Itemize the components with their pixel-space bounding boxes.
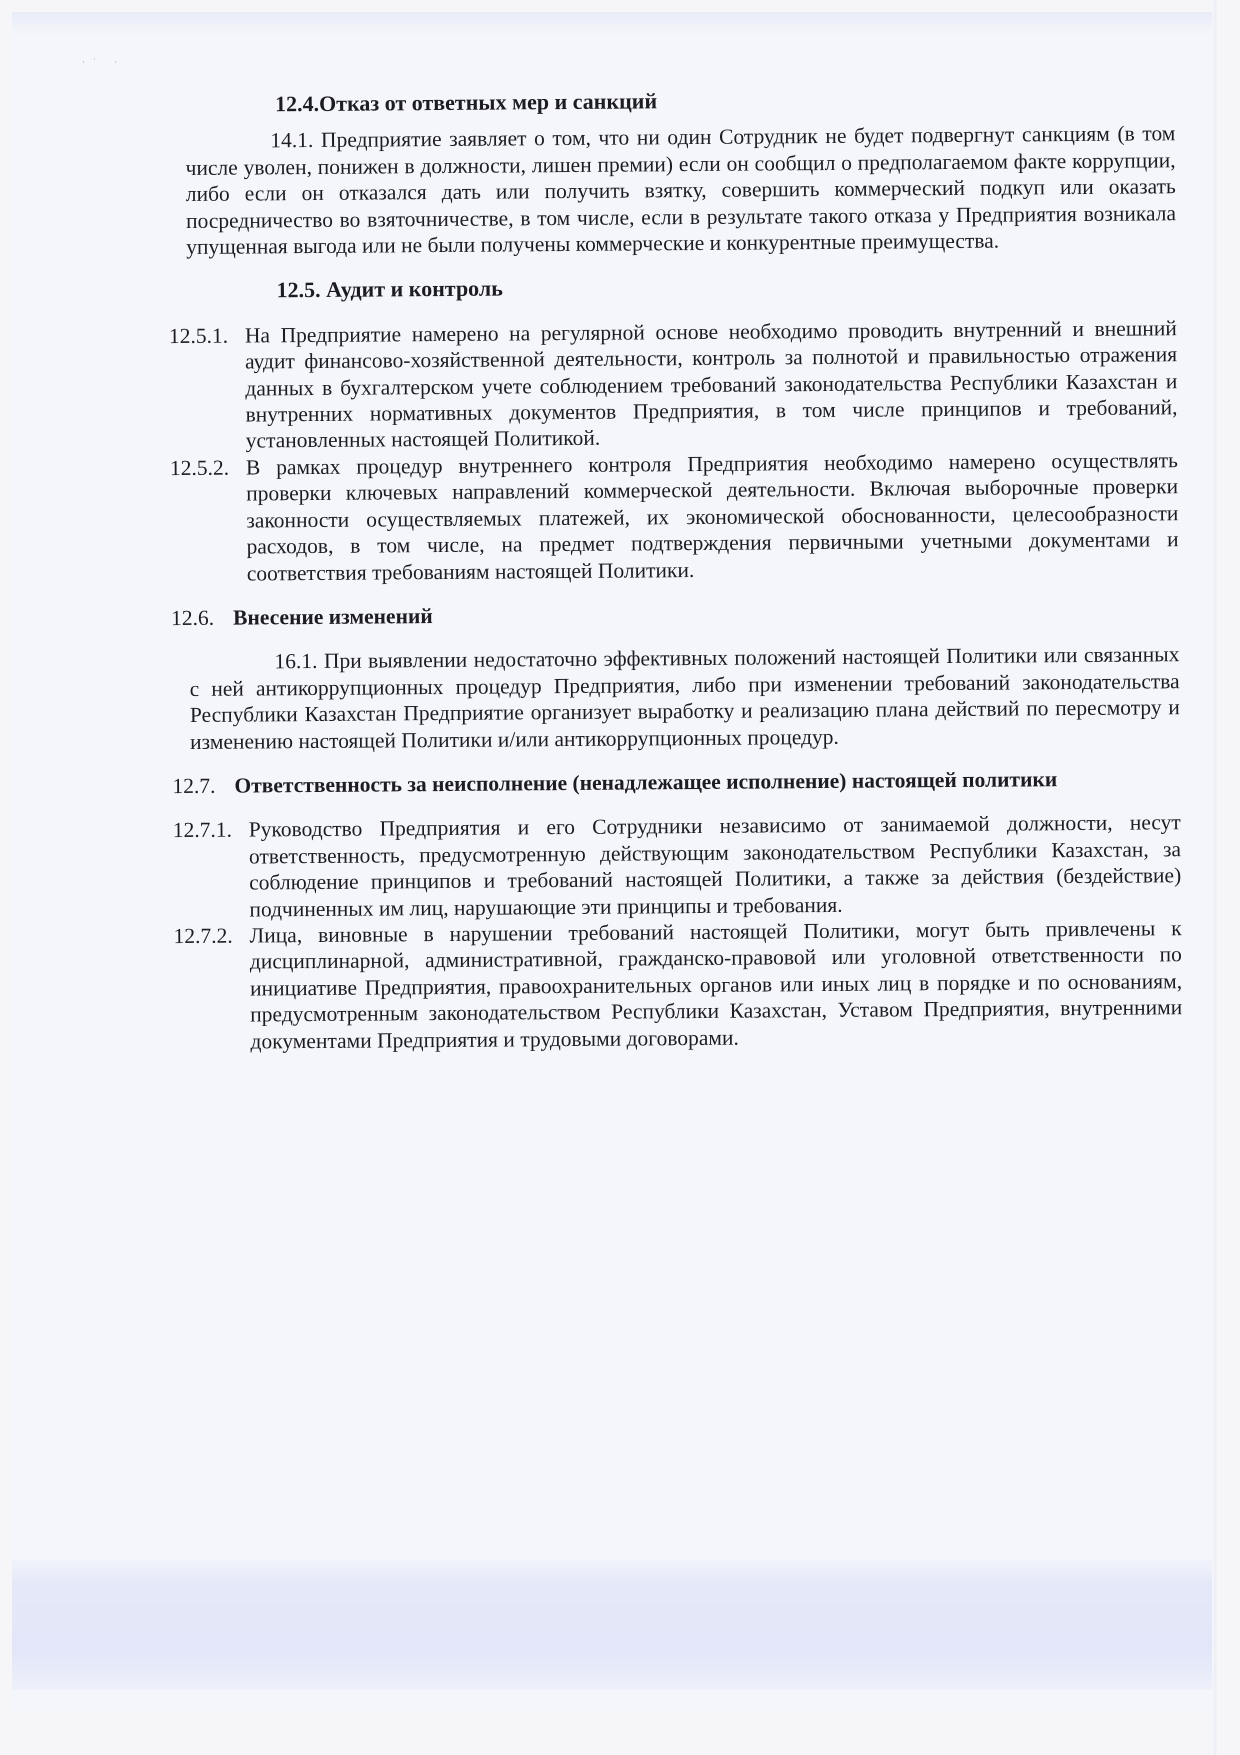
item-number: 12.5.1. <box>169 322 245 349</box>
item-12-7-1: 12.7.1. Руководство Предприятия и его Со… <box>173 810 1182 924</box>
paragraph-number: 16.1. <box>274 649 317 673</box>
paragraph-number: 14.1. <box>270 128 313 152</box>
item-text: В рамках процедур внутреннего контроля П… <box>246 447 1179 586</box>
item-text: На Предприятие намерено на регулярной ос… <box>245 315 1178 454</box>
item-number: 12.5.2. <box>170 454 246 481</box>
section-number: 12.7. <box>172 773 234 800</box>
paragraph-text: При выявлении недостаточно эффективных п… <box>190 643 1180 754</box>
scanned-page: ·˙ · 12.4.Отказ от ответных мер и санкци… <box>12 12 1218 1712</box>
scan-edge-line <box>1212 0 1218 1755</box>
paragraph-16-1: 16.1. При выявлении недостаточно эффекти… <box>189 642 1180 755</box>
scan-top-tint <box>12 12 1218 36</box>
paragraph-text: Предприятие заявляет о том, что ни один … <box>186 122 1177 259</box>
section-number: 12.6. <box>171 605 233 632</box>
item-12-5-2: 12.5.2. В рамках процедур внутреннего ко… <box>170 447 1179 587</box>
scan-band <box>12 1560 1218 1690</box>
document-body: 12.4.Отказ от ответных мер и санкций 14.… <box>185 84 1183 1055</box>
item-text: Лица, виновные в нарушении требований на… <box>250 915 1183 1054</box>
paragraph-14-1: 14.1. Предприятие заявляет о том, что ни… <box>185 121 1176 261</box>
item-12-7-2: 12.7.2. Лица, виновные в нарушении требо… <box>174 915 1183 1055</box>
item-number: 12.7.2. <box>174 922 250 949</box>
scan-specks: ·˙ · <box>82 57 125 67</box>
item-12-5-1: 12.5.1. На Предприятие намерено на регул… <box>169 315 1178 455</box>
item-number: 12.7.1. <box>173 817 249 844</box>
item-text: Руководство Предприятия и его Сотрудники… <box>249 810 1182 923</box>
